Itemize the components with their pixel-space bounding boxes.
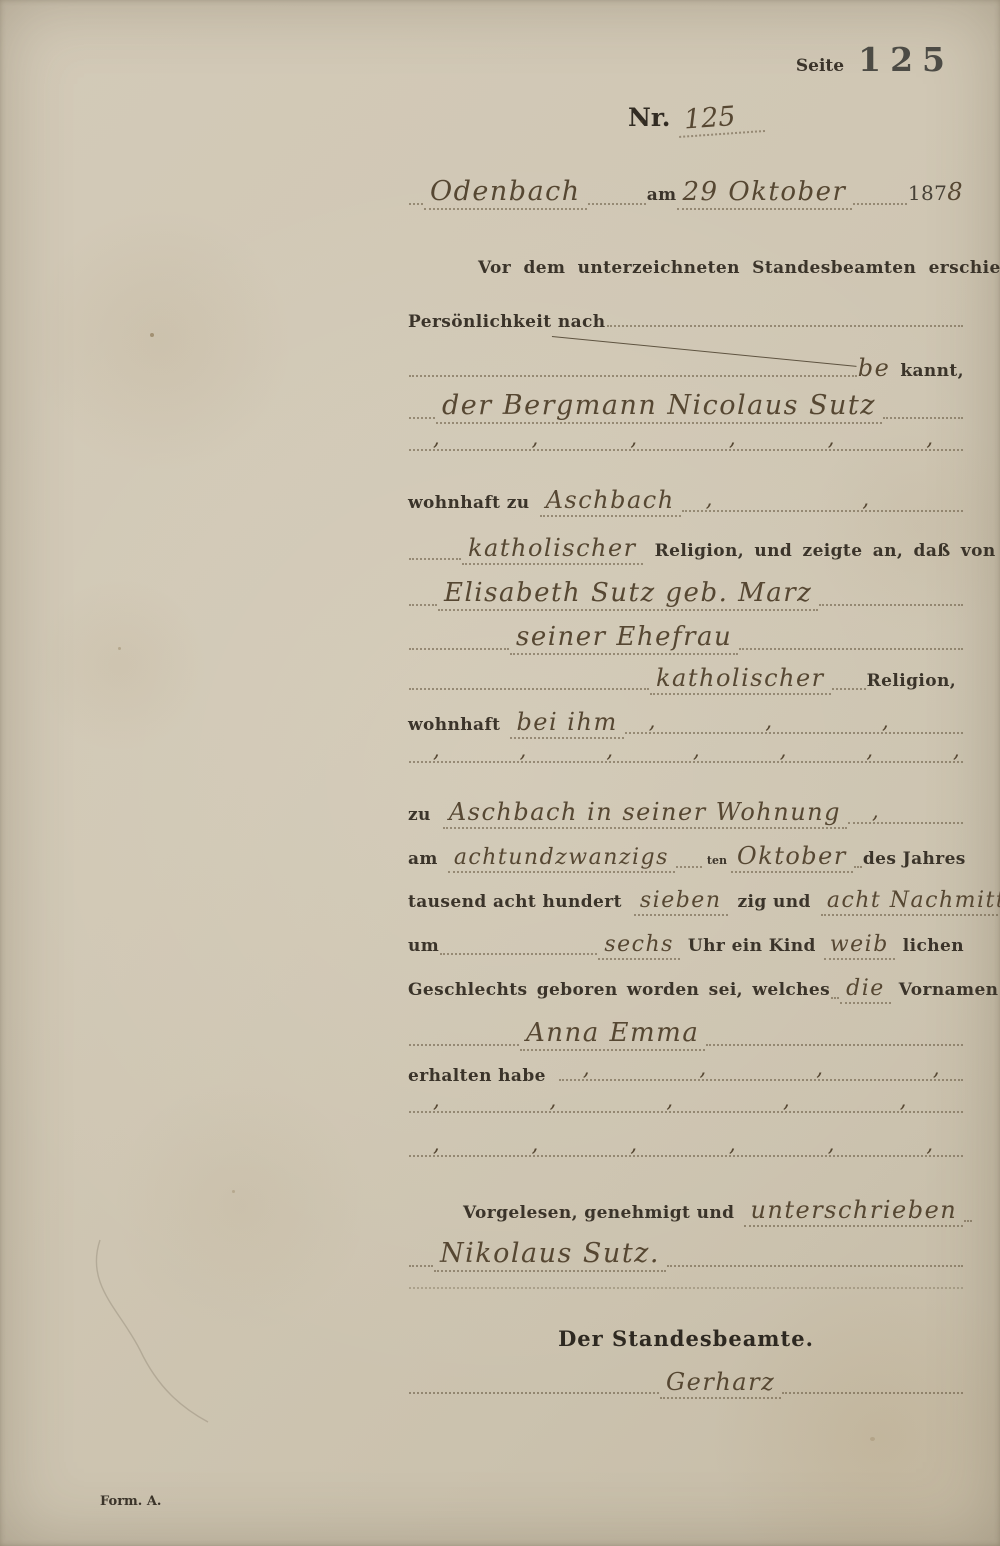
erhalten-printed: erhalten habe	[408, 1066, 546, 1086]
declarant-row: der Bergmann Nicolaus Sutz	[408, 390, 964, 424]
dotted-rule: ,,,,,,,	[409, 760, 963, 763]
dotted-rule	[409, 416, 435, 419]
mother-religion-printed: Religion,	[867, 671, 956, 691]
religion-declarant-printed: Religion, und zeigte an, daß von der	[655, 541, 1000, 561]
paper-speck	[232, 1190, 235, 1193]
paper-speck	[640, 120, 643, 123]
dotted-rule	[706, 1043, 963, 1046]
geschlechts-row: Geschlechts geboren worden sei, welches …	[408, 976, 964, 1004]
declarant-signature: Nikolaus Sutz.	[434, 1238, 666, 1272]
dotted-rule: ,,,	[682, 509, 963, 512]
mother-religion-written: katholischer	[650, 664, 831, 695]
dotted-rule	[409, 202, 423, 205]
child-name-row: Anna Emma	[408, 1018, 964, 1051]
blank-line-row: ,,,,,	[408, 1110, 964, 1118]
birthdate-row: am achtundzwanzigs ten Oktober des Jahre…	[408, 842, 964, 873]
am-label: am	[647, 185, 677, 205]
year-prefix-printed: tausend acht hundert	[408, 892, 622, 912]
mother-residence-value: bei ihm	[510, 708, 623, 739]
bekannt-written: be	[858, 354, 891, 382]
blank-line-row: ,,,,,,	[408, 448, 964, 456]
mother-religion-row: katholischer Religion,	[408, 664, 964, 695]
residence-row: wohnhaft zu Aschbach ,,,	[408, 486, 964, 517]
des-jahres-label: des Jahres	[863, 849, 966, 869]
record-number-value: 125	[677, 99, 765, 138]
dotted-rule	[853, 202, 906, 205]
dotted-rule	[883, 416, 963, 419]
residence-value: Aschbach	[540, 486, 681, 517]
year-written: 8	[947, 178, 964, 206]
year-printed: 187	[908, 181, 947, 205]
closing-row: Vorgelesen, genehmigt und unterschrieben	[408, 1196, 964, 1227]
page-header: Seite 125	[796, 40, 954, 79]
dotted-rule	[676, 865, 702, 868]
year-mid-printed: zig und	[738, 892, 811, 912]
religion-declarant-written: katholischer	[462, 534, 643, 565]
dotted-rule: ,,,,	[625, 731, 963, 734]
dotted-rule	[831, 996, 839, 999]
blank-line-row	[408, 1286, 964, 1294]
registrar-title: Der Standesbeamte.	[558, 1326, 814, 1351]
am-label: am	[408, 849, 438, 869]
paper-stain	[870, 1437, 875, 1441]
pen-tick-marks: ,,,,,,,	[433, 738, 963, 762]
pen-tick-marks: ,,	[872, 799, 963, 823]
die-written: die	[840, 976, 891, 1004]
declarant-signature-row: Nikolaus Sutz.	[408, 1238, 964, 1272]
dotted-rule: ,,,,	[559, 1078, 963, 1081]
closing-printed: Vorgelesen, genehmigt und	[463, 1203, 734, 1223]
registry-date: 29 Oktober	[677, 177, 853, 210]
pen-tick-marks: ,,,,	[649, 709, 963, 733]
dotted-rule	[409, 1391, 659, 1394]
mother-name-row: Elisabeth Sutz geb. Marz	[408, 578, 964, 611]
birthplace-value: Aschbach in seiner Wohnung	[443, 798, 847, 829]
closing-written: unterschrieben	[744, 1196, 963, 1227]
declarant-name: der Bergmann Nicolaus Sutz	[436, 390, 882, 424]
page-number: 125	[858, 40, 954, 79]
dotted-rule	[832, 687, 866, 690]
registrar-title-row: Der Standesbeamte.	[408, 1326, 964, 1351]
intro-line2-row: Persönlichkeit nach	[408, 312, 964, 332]
dotted-rule: ,,	[848, 821, 963, 824]
dotted-rule: ,,,,,,	[409, 1154, 963, 1157]
mother-name: Elisabeth Sutz geb. Marz	[438, 578, 818, 611]
dotted-rule	[739, 647, 963, 650]
birth-day-written: achtundzwanzigs	[448, 845, 675, 873]
record-number-row: Nr. 125	[628, 102, 764, 135]
pen-tick-marks: ,,,,	[583, 1056, 963, 1080]
erhalten-row: erhalten habe ,,,,	[408, 1066, 964, 1086]
bekannt-printed: kannt,	[900, 361, 964, 381]
sex-written: weib	[824, 932, 895, 960]
geschlechts-printed: Geschlechts geboren worden sei, welches	[408, 980, 830, 1000]
zu-label: zu	[408, 805, 431, 825]
pen-tick-marks: ,,,,,,	[433, 1132, 963, 1156]
wohnhaft-label: wohnhaft	[408, 715, 500, 735]
dotted-rule	[409, 647, 509, 650]
dotted-rule	[588, 202, 646, 205]
paper-speck	[118, 647, 121, 650]
dotted-rule	[409, 603, 437, 606]
paper-speck	[150, 333, 154, 337]
dotted-rule	[667, 1264, 963, 1267]
wohnhaft-zu-label: wohnhaft zu	[408, 493, 530, 513]
pen-tick-marks: ,,,,,,	[433, 426, 963, 450]
seite-label: Seite	[796, 56, 844, 76]
persoenlichkeit-label: Persönlichkeit nach	[408, 312, 606, 332]
pen-tick-marks: ,,,,,	[433, 1088, 963, 1112]
record-number-label: Nr.	[628, 103, 670, 132]
religion-declarant-row: katholischer Religion, und zeigte an, da…	[408, 534, 964, 565]
registrar-signature-row: Gerharz	[408, 1368, 964, 1399]
birthyear-row: tausend acht hundert sieben zig und acht…	[408, 888, 964, 916]
dateline-row: Odenbach am 29 Oktober 187 8	[408, 176, 964, 210]
day-suffix-printed: ten	[707, 854, 727, 867]
dotted-rule	[409, 1264, 433, 1267]
dotted-rule	[409, 687, 649, 690]
year-written2: acht Nachmittag	[821, 888, 1000, 916]
dotted-rule	[409, 374, 857, 377]
dotted-rule	[782, 1391, 963, 1394]
child-name: Anna Emma	[520, 1018, 705, 1051]
birth-month-written: Oktober	[731, 842, 853, 873]
registry-place: Odenbach	[424, 176, 587, 210]
year-written1: sieben	[634, 888, 728, 916]
dotted-rule: ,,,,,,	[409, 448, 963, 451]
intro-line1-row: Vor dem unterzeichneten Standesbeamten e…	[408, 258, 964, 278]
dotted-rule: ,,,,,	[409, 1110, 963, 1113]
dotted-rule	[607, 324, 963, 327]
hour-written: sechs	[598, 932, 680, 960]
intro-line1: Vor dem unterzeichneten Standesbeamten e…	[478, 258, 1000, 278]
dotted-rule	[819, 603, 963, 606]
dotted-rule	[409, 1043, 519, 1046]
mother-residence-row: wohnhaft bei ihm ,,,,	[408, 708, 964, 739]
dotted-rule	[440, 952, 597, 955]
mother-relation-row: seiner Ehefrau	[408, 622, 964, 655]
bekannt-row: be kannt,	[408, 354, 964, 382]
registrar-signature: Gerharz	[660, 1368, 781, 1399]
form-type-label: Form. A.	[100, 1494, 161, 1509]
document-page: Seite 125 Nr. 125 Odenbach am 29 Oktober…	[0, 0, 1000, 1546]
paper-crease	[0, 0, 1000, 1546]
dotted-rule	[964, 1219, 972, 1222]
vornamen-printed: Vornamen	[899, 980, 999, 1000]
blank-line-row: ,,,,,,,	[408, 760, 964, 768]
mother-relation: seiner Ehefrau	[510, 622, 738, 655]
dotted-rule	[854, 865, 862, 868]
birthtime-row: um sechs Uhr ein Kind weib lichen	[408, 932, 964, 960]
um-label: um	[408, 936, 439, 956]
dotted-rule	[409, 557, 461, 560]
dotted-rule	[409, 1286, 963, 1289]
lichen-printed: lichen	[903, 936, 964, 956]
blank-line-row: ,,,,,,	[408, 1154, 964, 1162]
uhr-kind-printed: Uhr ein Kind	[688, 936, 816, 956]
birthplace-row: zu Aschbach in seiner Wohnung ,,	[408, 798, 964, 829]
pen-tick-marks: ,,,	[706, 487, 963, 511]
